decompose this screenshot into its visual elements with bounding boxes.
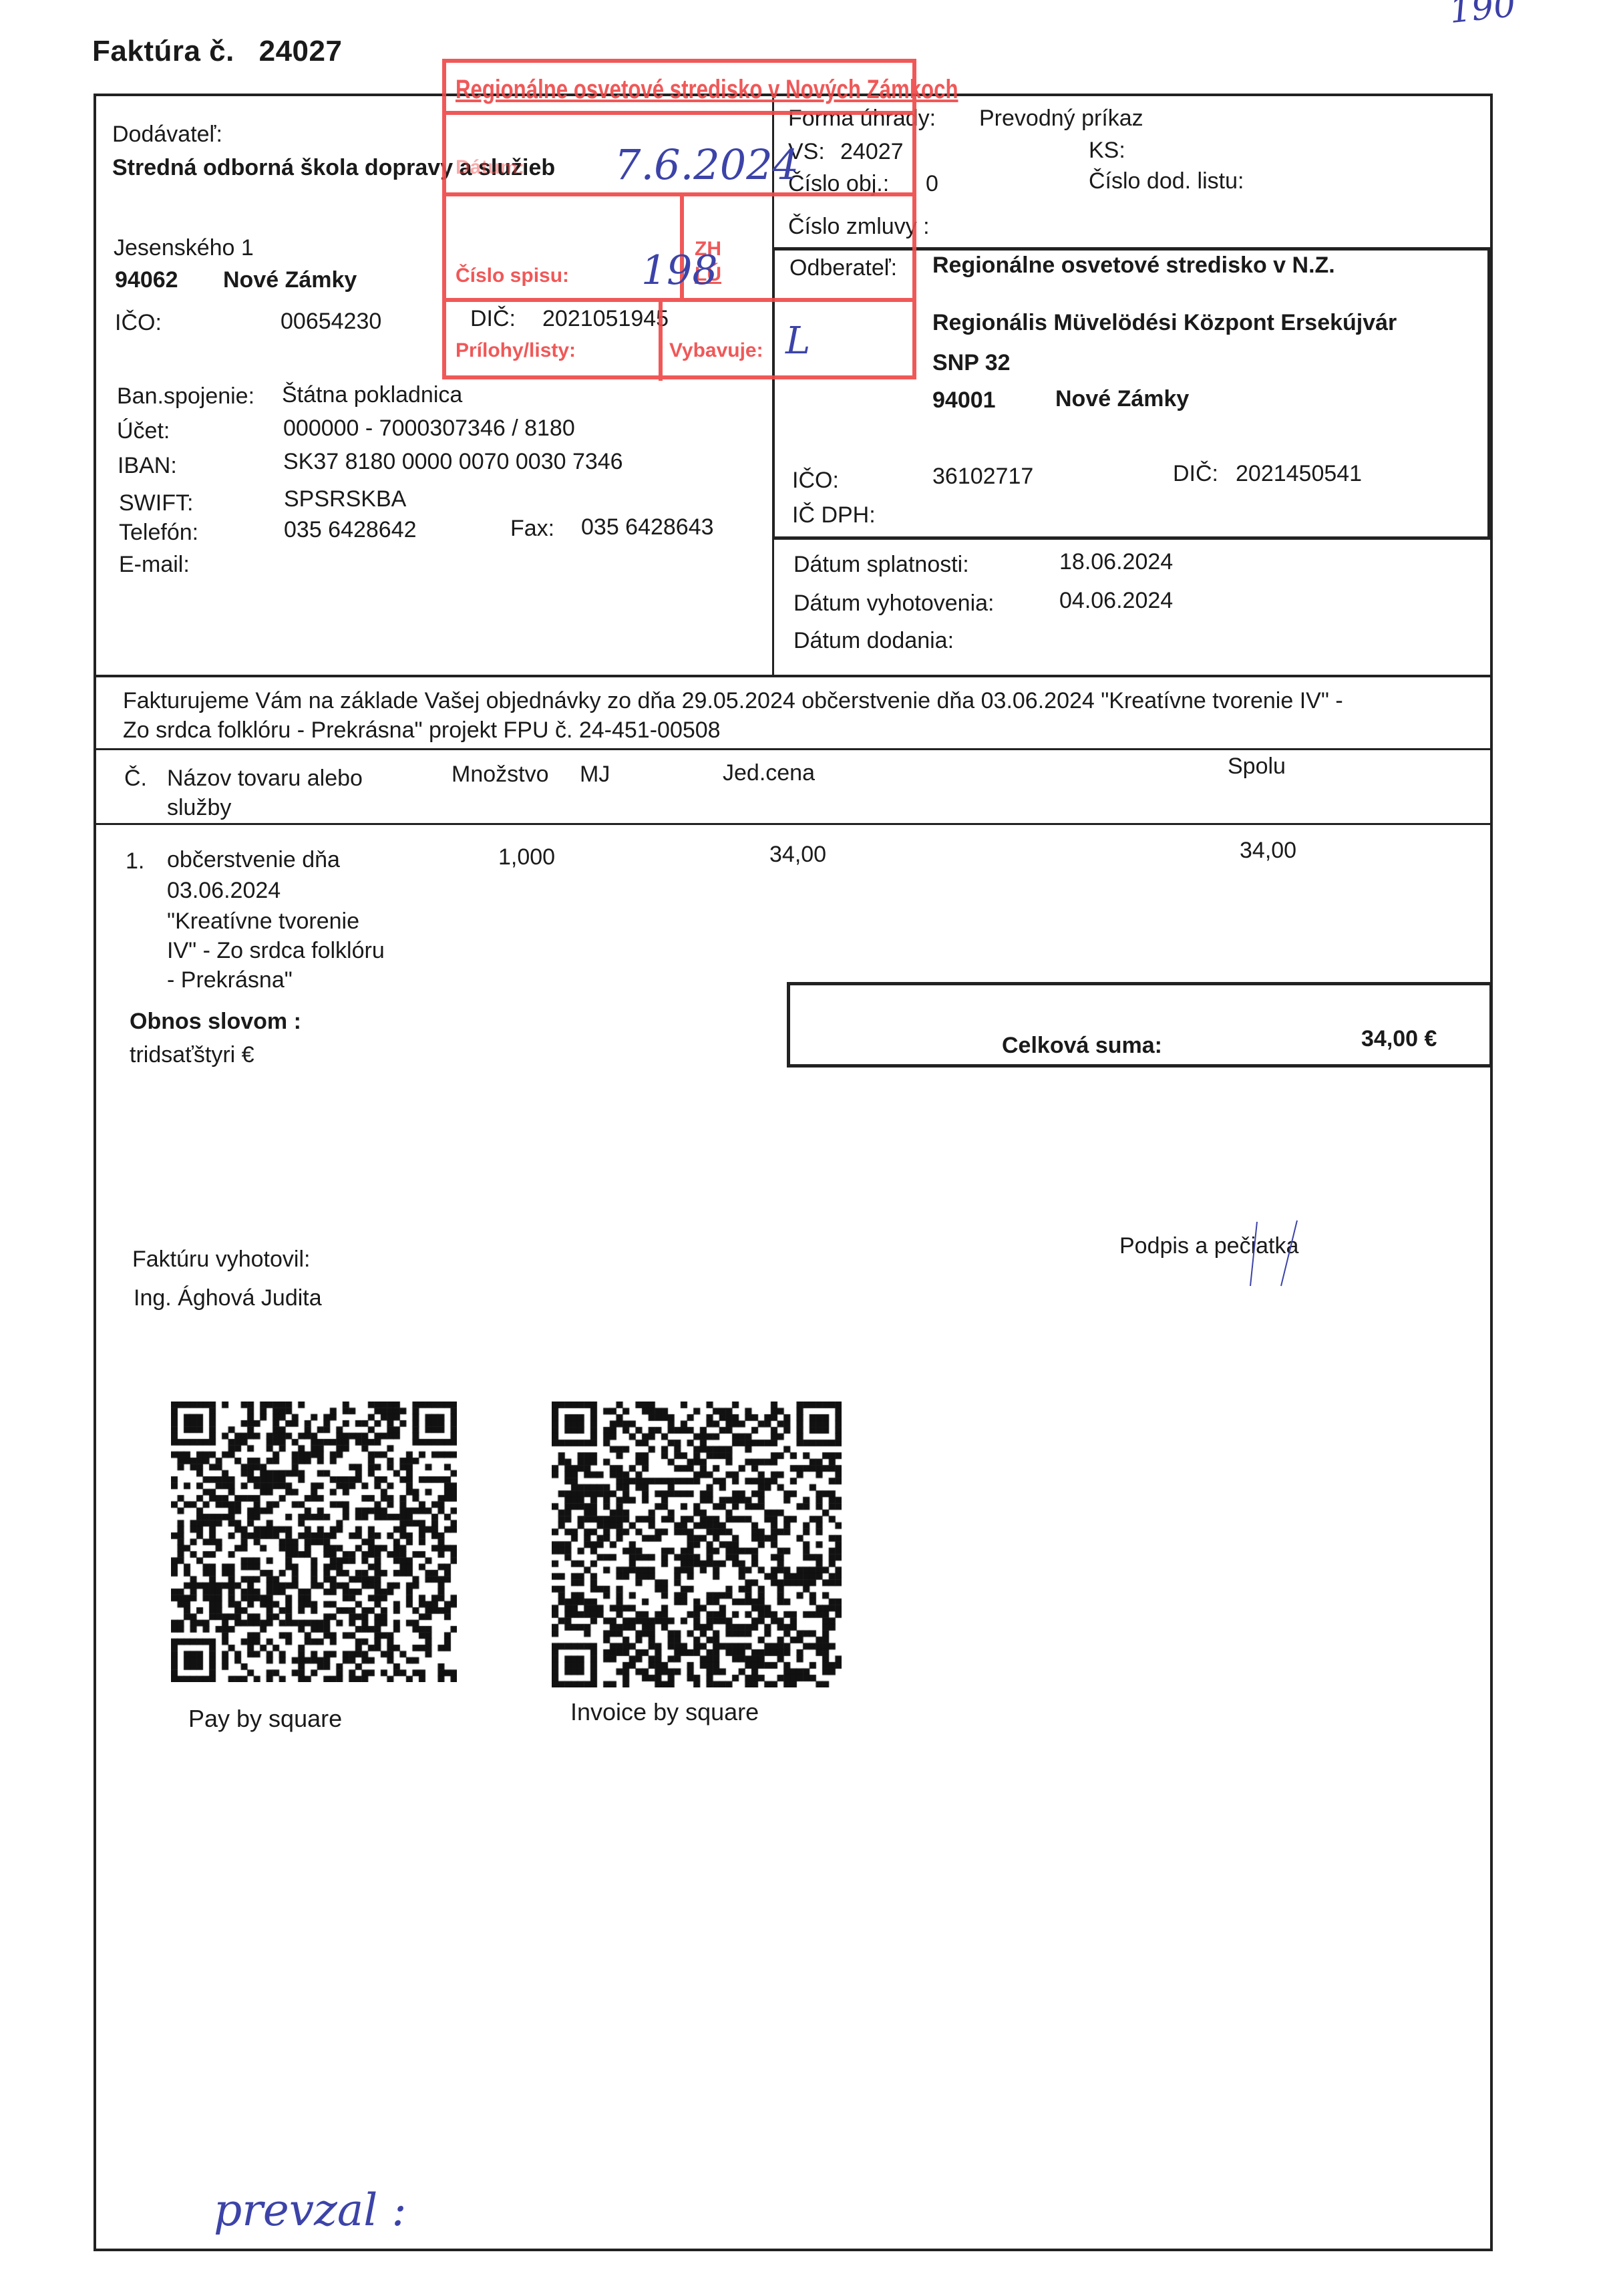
email-label: E-mail: [119, 552, 190, 578]
account-label: Účet: [117, 418, 170, 444]
customer-ico-label: IČO: [792, 468, 839, 494]
supplier-city: Nové Zámky [223, 267, 357, 293]
order-no: 0 [926, 171, 938, 197]
supplier-street: Jesenského 1 [114, 235, 254, 261]
payment-method: Prevodný príkaz [979, 106, 1143, 132]
invoice-title: Faktúra č. 24027 [92, 35, 342, 68]
invoice-by-square-label: Invoice by square [570, 1698, 759, 1726]
customer-ico: 36102717 [932, 464, 1033, 490]
account-value: 000000 - 7000307346 / 8180 [283, 416, 575, 442]
supplier-ico-label: IČO: [115, 310, 162, 336]
fax-value: 035 6428643 [581, 514, 714, 540]
col-header-name-2: služby [167, 795, 231, 821]
amount-words-label: Obnos slovom : [130, 1009, 301, 1035]
handwritten-page-number: 190 [1447, 0, 1517, 31]
issued-date: 04.06.2024 [1059, 588, 1173, 614]
row-total: 34,00 [1240, 838, 1296, 864]
iban-value: SK37 8180 0000 0070 0030 7346 [283, 449, 623, 475]
due-date: 18.06.2024 [1059, 549, 1173, 575]
stamp-file-no-label: Číslo spisu: [456, 265, 569, 287]
col-header-total: Spolu [1228, 754, 1286, 780]
customer-dic: 2021450541 [1236, 461, 1362, 487]
invoice-by-square-qr-icon [552, 1402, 842, 1687]
intro-line-1: Fakturujeme Vám na základe Vašej objedná… [123, 688, 1343, 714]
divider-table-header [94, 823, 1493, 825]
invoice-title-label: Faktúra č. [92, 35, 234, 67]
row-name-line: 03.06.2024 [167, 878, 281, 904]
supplier-label: Dodávateľ: [112, 122, 222, 148]
stamp-date-label: Dátum: [456, 156, 524, 179]
supplier-zip: 94062 [115, 267, 178, 293]
bank-value: Štátna pokladnica [282, 382, 462, 408]
bank-label: Ban.spojenie: [117, 383, 254, 409]
customer-street: SNP 32 [932, 350, 1011, 376]
row-unit-price: 34,00 [769, 842, 826, 868]
swift-label: SWIFT: [119, 490, 193, 516]
total-value: 34,00 € [1361, 1026, 1437, 1052]
ks-label: KS: [1089, 138, 1125, 164]
pay-by-square-label: Pay by square [188, 1705, 342, 1733]
delivery-note-label: Číslo dod. listu: [1089, 168, 1244, 194]
stamp-file-no-handwritten: 198 [641, 247, 718, 294]
col-header-unit: MJ [580, 762, 610, 788]
invoice-number: 24027 [259, 35, 343, 67]
col-header-name-1: Názov tovaru alebo [167, 766, 363, 792]
col-header-qty: Množstvo [452, 762, 549, 788]
handwritten-received: prevzal : [214, 2184, 407, 2236]
due-date-label: Dátum splatnosti: [793, 552, 969, 578]
pay-by-square-qr-icon [171, 1402, 457, 1682]
customer-dic-label: DIČ: [1173, 461, 1218, 487]
signature-stroke [1249, 1219, 1302, 1293]
col-header-no: Č. [124, 766, 147, 792]
intro-line-2: Zo srdca folklóru - Prekrásna" projekt F… [123, 717, 721, 744]
amount-words-value: tridsaťštyri € [130, 1042, 254, 1068]
issued-by-name: Ing. Ághová Judita [134, 1285, 322, 1311]
supplier-ico: 00654230 [281, 309, 381, 335]
iban-label: IBAN: [118, 453, 177, 479]
stamp-date-handwritten: 7.6.2024 [614, 140, 799, 189]
row-name-line: "Kreatívne tvorenie [167, 909, 359, 935]
row-name-line: IV" - Zo srdca folklóru [167, 938, 385, 964]
fax-label: Fax: [510, 516, 554, 542]
row-name-line: občerstvenie dňa [167, 847, 340, 873]
total-label: Celková suma: [1002, 1033, 1162, 1059]
registry-stamp: Regionálne osvetové stredisko v Nových Z… [442, 59, 916, 379]
customer-name: Regionálne osvetové stredisko v N.Z. [932, 253, 1335, 279]
phone-label: Telefón: [119, 520, 198, 546]
divider-header-bottom [94, 675, 1493, 677]
customer-city: Nové Zámky [1055, 386, 1189, 412]
row-name-line: - Prekrásna" [167, 967, 293, 993]
issued-date-label: Dátum vyhotovenia: [793, 591, 995, 617]
divider-intro [94, 748, 1493, 750]
row-qty: 1,000 [498, 844, 555, 870]
stamp-handled-by-handwritten: L [785, 319, 810, 363]
phone-value: 035 6428642 [284, 517, 417, 543]
customer-zip: 94001 [932, 387, 996, 414]
customer-icdph-label: IČ DPH: [792, 502, 876, 528]
col-header-unit-price: Jed.cena [723, 760, 815, 786]
issued-by-label: Faktúru vyhotovil: [132, 1247, 310, 1273]
swift-value: SPSRSKBA [284, 486, 406, 512]
stamp-handled-by-label: Vybavuje: [669, 339, 763, 362]
delivery-date-label: Dátum dodania: [793, 628, 954, 654]
customer-name-hu: Regionális Müvelödési Központ Ersekújvár [932, 310, 1397, 336]
row-no: 1. [126, 848, 144, 874]
stamp-organization: Regionálne osvetové stredisko v Nových Z… [456, 75, 958, 105]
stamp-attachments-label: Prílohy/listy: [456, 339, 576, 362]
